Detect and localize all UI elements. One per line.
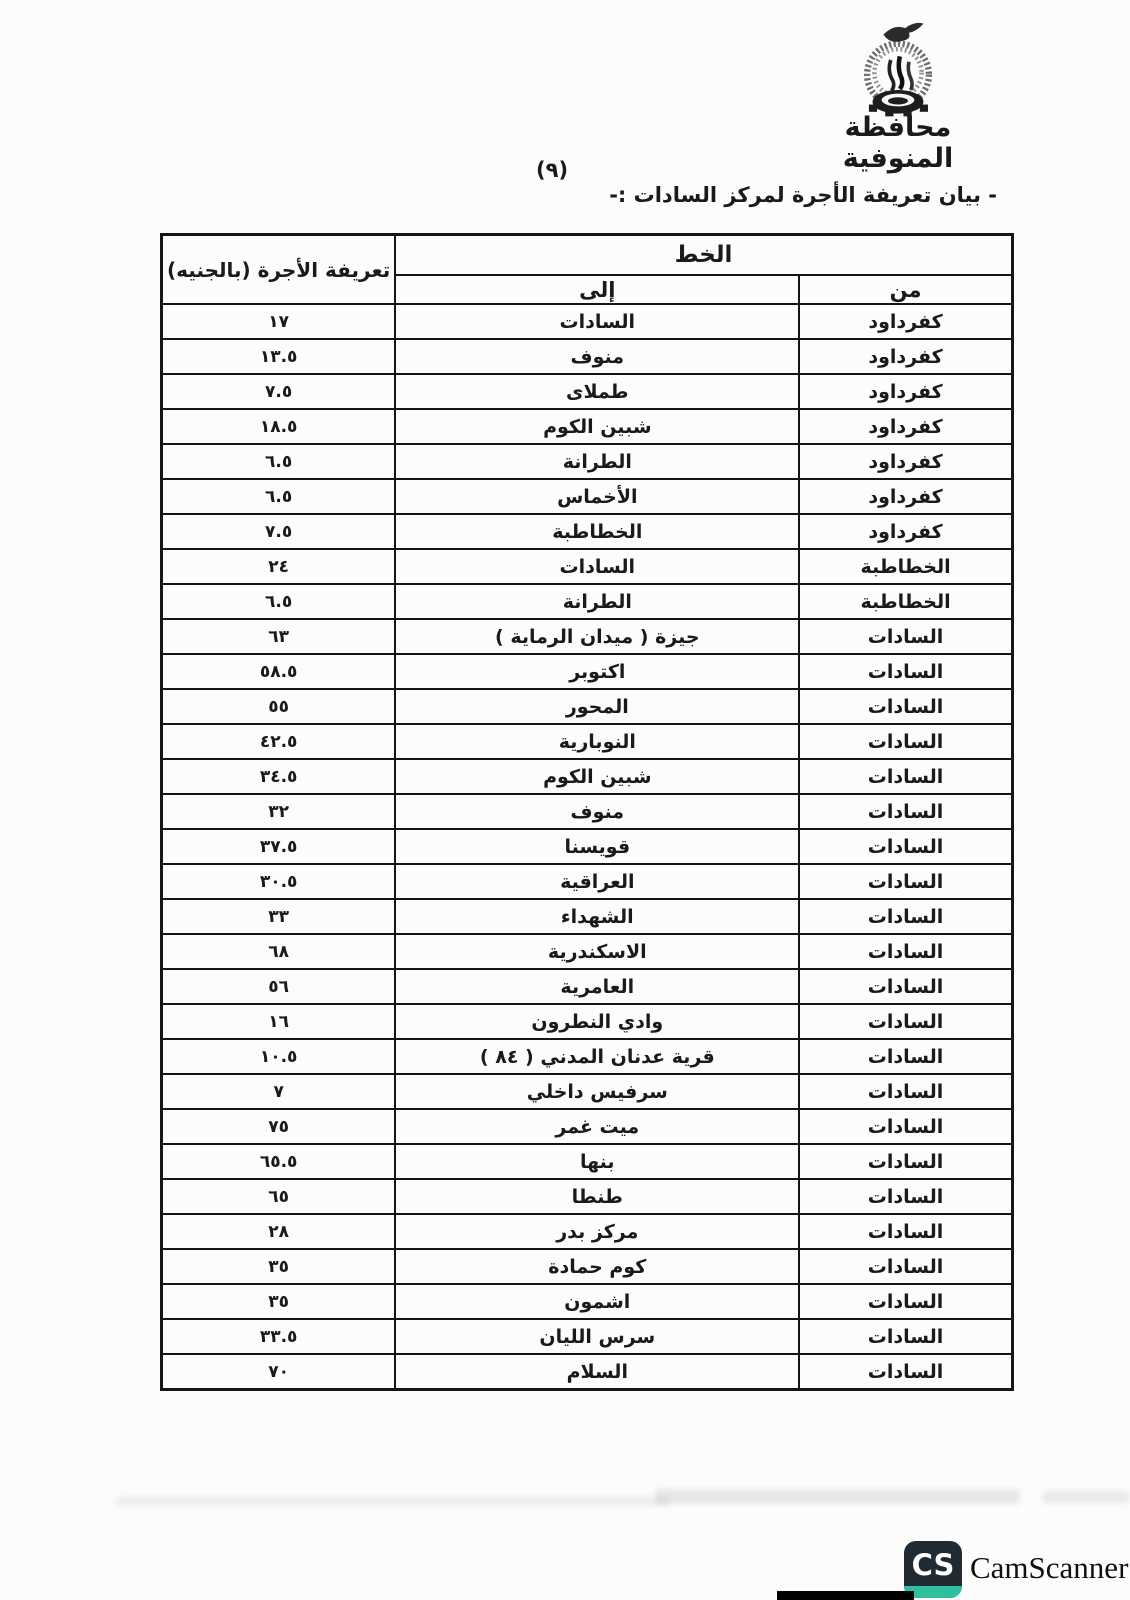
- page-bleed-artifact: [655, 1489, 1020, 1504]
- fare-row: الساداتمنوف٣٢: [162, 794, 1013, 829]
- to-cell: منوف: [395, 339, 799, 374]
- to-cell: منوف: [395, 794, 799, 829]
- fare-row: الساداتبنها٦٥.٥: [162, 1144, 1013, 1179]
- fare-row: الساداتالشهداء٣٣: [162, 899, 1013, 934]
- fare-row: الساداتالاسكندرية٦٨: [162, 934, 1013, 969]
- to-cell: السلام: [395, 1354, 799, 1390]
- fare-cell: ٦٥.٥: [162, 1144, 396, 1179]
- from-cell: السادات: [799, 759, 1012, 794]
- fare-tariff-table: الخط تعريفة الأجرة (بالجنيه) من إلى كفرد…: [160, 233, 1014, 1391]
- from-cell: السادات: [799, 654, 1012, 689]
- fare-row: الساداتالنوبارية٤٢.٥: [162, 724, 1013, 759]
- fare-row: كفرداودطملاى٧.٥: [162, 374, 1013, 409]
- to-cell: العراقية: [395, 864, 799, 899]
- fare-row: كفرداودشبين الكوم١٨.٥: [162, 409, 1013, 444]
- to-cell: وادي النطرون: [395, 1004, 799, 1039]
- fare-cell: ٥٥: [162, 689, 396, 724]
- from-cell: السادات: [799, 794, 1012, 829]
- fare-cell: ٤٢.٥: [162, 724, 396, 759]
- fare-row: الخطاطبةالسادات٢٤: [162, 549, 1013, 584]
- camscanner-logo-icon: CS: [904, 1541, 962, 1598]
- fare-cell: ٧٠: [162, 1354, 396, 1390]
- fare-cell: ١٦: [162, 1004, 396, 1039]
- fare-row: الساداتوادي النطرون١٦: [162, 1004, 1013, 1039]
- from-cell: السادات: [799, 1144, 1012, 1179]
- from-cell: السادات: [799, 1214, 1012, 1249]
- fare-row: الساداتاشمون٣٥: [162, 1284, 1013, 1319]
- fare-cell: ٧٥: [162, 1109, 396, 1144]
- fare-row: الساداتقويسنا٣٧.٥: [162, 829, 1013, 864]
- page-number: (٩): [536, 158, 568, 182]
- from-cell: السادات: [799, 1074, 1012, 1109]
- to-cell: السادات: [395, 304, 799, 339]
- to-cell: كوم حمادة: [395, 1249, 799, 1284]
- from-cell: السادات: [799, 1109, 1012, 1144]
- to-cell: الطرانة: [395, 444, 799, 479]
- to-cell: النوبارية: [395, 724, 799, 759]
- fare-table-header: الخط تعريفة الأجرة (بالجنيه) من إلى: [162, 235, 1013, 305]
- fare-cell: ٦.٥: [162, 444, 396, 479]
- fare-row: الخطاطبةالطرانة٦.٥: [162, 584, 1013, 619]
- fare-row: كفرداودالخطاطبة٧.٥: [162, 514, 1013, 549]
- from-cell: السادات: [799, 899, 1012, 934]
- to-cell: شبين الكوم: [395, 409, 799, 444]
- to-cell: طنطا: [395, 1179, 799, 1214]
- fare-cell: ١٣.٥: [162, 339, 396, 374]
- from-cell: كفرداود: [799, 304, 1012, 339]
- fare-cell: ٣٢: [162, 794, 396, 829]
- fare-cell: ٣٠.٥: [162, 864, 396, 899]
- to-cell: العامرية: [395, 969, 799, 1004]
- fare-row: الساداتالمحور٥٥: [162, 689, 1013, 724]
- scan-edge-black-bar: [777, 1591, 914, 1600]
- from-cell: كفرداود: [799, 409, 1012, 444]
- column-header-line: الخط: [395, 235, 1012, 276]
- from-cell: السادات: [799, 1004, 1012, 1039]
- fare-cell: ٧: [162, 1074, 396, 1109]
- to-cell: سرفيس داخلي: [395, 1074, 799, 1109]
- from-cell: كفرداود: [799, 444, 1012, 479]
- to-cell: بنها: [395, 1144, 799, 1179]
- from-cell: الخطاطبة: [799, 584, 1012, 619]
- from-cell: السادات: [799, 1319, 1012, 1354]
- page-title: - بيان تعريفة الأجرة لمركز السادات :-: [609, 183, 997, 207]
- fare-cell: ٣٧.٥: [162, 829, 396, 864]
- fare-row: الساداتسرفيس داخلي٧: [162, 1074, 1013, 1109]
- fare-cell: ١٨.٥: [162, 409, 396, 444]
- to-cell: الشهداء: [395, 899, 799, 934]
- from-cell: السادات: [799, 1284, 1012, 1319]
- column-header-fare: تعريفة الأجرة (بالجنيه): [162, 235, 396, 305]
- fare-cell: ٧.٥: [162, 514, 396, 549]
- fare-row: الساداتقرية عدنان المدني ( ٨٤ )١٠.٥: [162, 1039, 1013, 1074]
- from-cell: السادات: [799, 1179, 1012, 1214]
- from-cell: السادات: [799, 619, 1012, 654]
- fare-row: الساداتالعراقية٣٠.٥: [162, 864, 1013, 899]
- fare-row: الساداتكوم حمادة٣٥: [162, 1249, 1013, 1284]
- fare-cell: ٢٨: [162, 1214, 396, 1249]
- to-cell: جيزة ( ميدان الرماية ): [395, 619, 799, 654]
- fare-row: الساداتشبين الكوم٣٤.٥: [162, 759, 1013, 794]
- fare-cell: ٦٨: [162, 934, 396, 969]
- fare-cell: ٦٥: [162, 1179, 396, 1214]
- column-header-to: إلى: [395, 275, 799, 304]
- to-cell: الطرانة: [395, 584, 799, 619]
- fare-cell: ٦٣: [162, 619, 396, 654]
- fare-cell: ١٠.٥: [162, 1039, 396, 1074]
- to-cell: الخطاطبة: [395, 514, 799, 549]
- from-cell: السادات: [799, 724, 1012, 759]
- to-cell: السادات: [395, 549, 799, 584]
- fare-row: كفرداودالسادات١٧: [162, 304, 1013, 339]
- from-cell: كفرداود: [799, 514, 1012, 549]
- to-cell: اكتوبر: [395, 654, 799, 689]
- from-cell: السادات: [799, 829, 1012, 864]
- to-cell: قرية عدنان المدني ( ٨٤ ): [395, 1039, 799, 1074]
- scanned-document-page: محافظة المنوفية (٩) - بيان تعريفة الأجرة…: [0, 0, 1130, 1600]
- page-bleed-artifact: [1042, 1491, 1130, 1503]
- to-cell: ميت غمر: [395, 1109, 799, 1144]
- fare-row: كفرداودالأخماس٦.٥: [162, 479, 1013, 514]
- to-cell: الاسكندرية: [395, 934, 799, 969]
- fare-cell: ٦.٥: [162, 584, 396, 619]
- fare-row: الساداتميت غمر٧٥: [162, 1109, 1013, 1144]
- fare-row: الساداتالسلام٧٠: [162, 1354, 1013, 1390]
- menoufia-governorate-emblem-icon: [843, 20, 953, 120]
- from-cell: السادات: [799, 1249, 1012, 1284]
- fare-cell: ٣٣: [162, 899, 396, 934]
- to-cell: سرس الليان: [395, 1319, 799, 1354]
- to-cell: شبين الكوم: [395, 759, 799, 794]
- from-cell: كفرداود: [799, 374, 1012, 409]
- to-cell: اشمون: [395, 1284, 799, 1319]
- fare-row: الساداتالعامرية٥٦: [162, 969, 1013, 1004]
- from-cell: كفرداود: [799, 339, 1012, 374]
- from-cell: السادات: [799, 969, 1012, 1004]
- fare-table-body: كفرداودالسادات١٧كفرداودمنوف١٣.٥كفرداودطم…: [162, 304, 1013, 1390]
- fare-row: الساداتجيزة ( ميدان الرماية )٦٣: [162, 619, 1013, 654]
- fare-cell: ٣٥: [162, 1284, 396, 1319]
- from-cell: الخطاطبة: [799, 549, 1012, 584]
- fare-row: الساداتمركز بدر٢٨: [162, 1214, 1013, 1249]
- to-cell: مركز بدر: [395, 1214, 799, 1249]
- camscanner-wordmark: CamScanner: [970, 1550, 1128, 1586]
- camscanner-badge-label: CS: [912, 1548, 955, 1582]
- governorate-name: محافظة المنوفية: [788, 112, 1008, 174]
- from-cell: السادات: [799, 1039, 1012, 1074]
- fare-cell: ٦.٥: [162, 479, 396, 514]
- to-cell: قويسنا: [395, 829, 799, 864]
- fare-cell: ٣٣.٥: [162, 1319, 396, 1354]
- from-cell: السادات: [799, 1354, 1012, 1390]
- fare-row: الساداتاكتوبر٥٨.٥: [162, 654, 1013, 689]
- fare-cell: ٧.٥: [162, 374, 396, 409]
- fare-row: الساداتطنطا٦٥: [162, 1179, 1013, 1214]
- to-cell: المحور: [395, 689, 799, 724]
- fare-cell: ٣٤.٥: [162, 759, 396, 794]
- from-cell: السادات: [799, 934, 1012, 969]
- fare-row: كفرداودالطرانة٦.٥: [162, 444, 1013, 479]
- page-bleed-artifact: [115, 1497, 670, 1506]
- fare-row: الساداتسرس الليان٣٣.٥: [162, 1319, 1013, 1354]
- fare-cell: ٥٦: [162, 969, 396, 1004]
- fare-cell: ٢٤: [162, 549, 396, 584]
- from-cell: السادات: [799, 864, 1012, 899]
- from-cell: السادات: [799, 689, 1012, 724]
- to-cell: الأخماس: [395, 479, 799, 514]
- fare-cell: ٥٨.٥: [162, 654, 396, 689]
- fare-cell: ١٧: [162, 304, 396, 339]
- fare-row: كفرداودمنوف١٣.٥: [162, 339, 1013, 374]
- column-header-from: من: [799, 275, 1012, 304]
- from-cell: كفرداود: [799, 479, 1012, 514]
- fare-cell: ٣٥: [162, 1249, 396, 1284]
- to-cell: طملاى: [395, 374, 799, 409]
